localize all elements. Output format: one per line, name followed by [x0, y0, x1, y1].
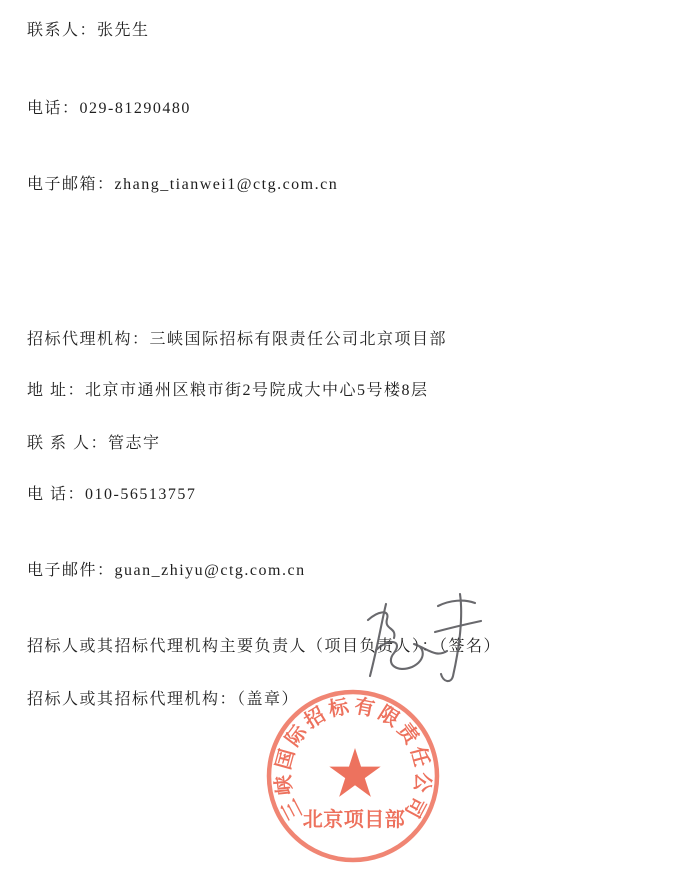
line-contact-email: 电子邮箱：zhang_tianwei1@ctg.com.cn [27, 175, 338, 195]
document-page: 联系人：张先生 电话：029-81290480 电子邮箱：zhang_tianw… [0, 0, 695, 877]
line-agency-address: 地 址：北京市通州区粮市街2号院成大中心5号楼8层 [27, 381, 429, 401]
line-contact-phone: 电话：029-81290480 [27, 99, 191, 119]
line-agency-phone: 电 话：010-56513757 [27, 485, 196, 505]
company-seal: 三峡国际招标有限责任公司 北京项目部 [253, 676, 453, 876]
line-agency-contact: 联 系 人：管志宇 [27, 434, 161, 454]
line-contact-name: 联系人：张先生 [27, 21, 150, 41]
line-agency-email: 电子邮件：guan_zhiyu@ctg.com.cn [27, 561, 306, 581]
seal-star-icon [329, 748, 380, 797]
line-principal-signature: 招标人或其招标代理机构主要负责人（项目负责人）：（签名） [27, 637, 501, 657]
seal-stamp-icon: 三峡国际招标有限责任公司 北京项目部 [253, 676, 453, 876]
line-agency-name: 招标代理机构：三峡国际招标有限责任公司北京项目部 [27, 330, 447, 350]
seal-department-name: 北京项目部 [303, 807, 406, 831]
